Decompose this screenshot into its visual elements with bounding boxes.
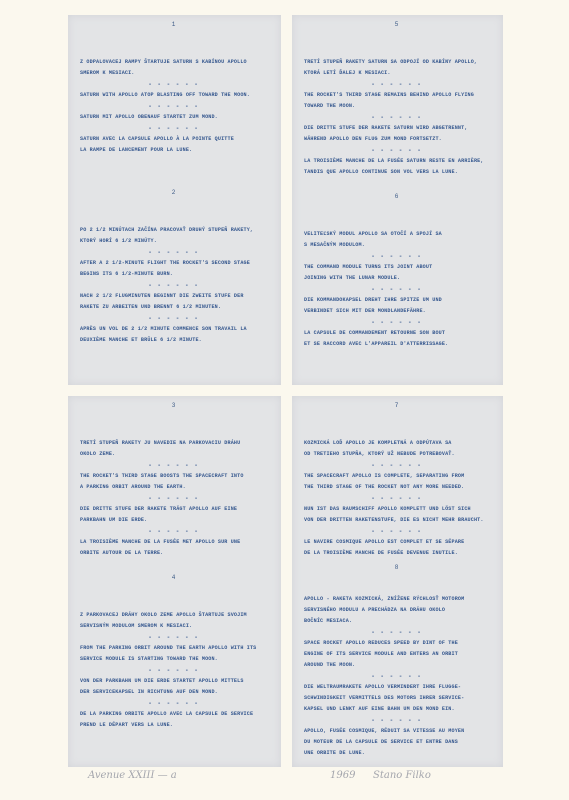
edition-inscription: Avenue XXIII — a — [88, 770, 177, 781]
section-number: 4 — [80, 574, 267, 584]
text-block-slovak: Tretí stupeň rakety ju navedie na parkov… — [80, 438, 267, 460]
separator: - - - - - - — [80, 665, 267, 676]
text-block-german: Die Kommandokapsel dreht ihre Spitze um … — [304, 295, 489, 317]
separator: - - - - - - — [304, 145, 489, 156]
text-block-slovak: Veliteľský modul Apollo sa otočí a spojí… — [304, 229, 489, 251]
separator: - - - - - - — [80, 313, 267, 324]
separator: - - - - - - — [304, 317, 489, 328]
text-block-german: Die dritte Stufe der Rakete trägt Apollo… — [80, 504, 267, 526]
separator: - - - - - - — [304, 112, 489, 123]
text-block-french: Le navire cosmique Apollo est complet et… — [304, 537, 489, 559]
separator: - - - - - - — [304, 627, 489, 638]
text-block-english: From the parking orbit around the earth … — [80, 643, 267, 665]
section-7: 7 Kozmická loď Apollo je kompletná a odp… — [292, 396, 503, 561]
section-6: 6 Veliteľský modul Apollo sa otočí a spo… — [292, 187, 503, 383]
text-block-slovak: Z odpalovacej rampy štartuje Saturn s ka… — [80, 57, 267, 79]
separator: - - - - - - — [304, 460, 489, 471]
separator: - - - - - - — [304, 526, 489, 537]
section-4: 4 Z parkovacej dráhy okolo Zeme Apollo š… — [68, 568, 281, 765]
separator: - - - - - - — [80, 460, 267, 471]
text-block-french: Apollo, fusée cosmique, réduit sa vitess… — [304, 726, 489, 759]
section-3: 3 Tretí stupeň rakety ju navedie na park… — [68, 396, 281, 566]
separator: - - - - - - — [80, 493, 267, 504]
section-5: 5 Tretí stupeň rakety Saturn sa odpojí o… — [292, 15, 503, 185]
separator: - - - - - - — [304, 715, 489, 726]
separator: - - - - - - — [304, 284, 489, 295]
text-block-french: Après un vol de 2 1/2 minute commence so… — [80, 324, 267, 346]
text-block-french: La capsule de commandement retourne son … — [304, 328, 489, 350]
section-number: 7 — [304, 402, 489, 412]
separator: - - - - - - — [80, 123, 267, 134]
text-block-slovak: Apollo - raketa kozmická, znížene rýchlo… — [304, 594, 489, 627]
text-block-slovak: Po 2 1/2 minútach začína pracovať druhý … — [80, 225, 267, 247]
separator: - - - - - - — [304, 79, 489, 90]
separator: - - - - - - — [304, 251, 489, 262]
section-8: 8 Apollo - raketa kozmická, znížene rých… — [292, 558, 503, 765]
section-number: 6 — [304, 193, 489, 203]
text-block-german: Die dritte Stufe der Rakete Saturn wird … — [304, 123, 489, 145]
text-block-english: The rocket's third stage remains behind … — [304, 90, 489, 112]
text-block-french: La troisième manche de la fusée met Apol… — [80, 537, 267, 559]
text-block-german: Von der Parkbahn um die Erde startet Apo… — [80, 676, 267, 698]
section-number: 3 — [80, 402, 267, 412]
year-inscription: 1969 — [330, 770, 355, 781]
text-block-english: The command module turns its joint about… — [304, 262, 489, 284]
text-block-english: Space rocket Apollo reduces speed by din… — [304, 638, 489, 671]
separator: - - - - - - — [304, 493, 489, 504]
text-block-english: After a 2 1/2-minute flight the rocket's… — [80, 258, 267, 280]
text-block-french: La troisième manche de la fusée Saturn r… — [304, 156, 489, 178]
section-number: 5 — [304, 21, 489, 31]
text-block-english: The spacecraft Apollo is complete, separ… — [304, 471, 489, 493]
text-block-german: Saturn mit Apollo obenauf startet zum Mo… — [80, 112, 267, 123]
separator: - - - - - - — [80, 79, 267, 90]
separator: - - - - - - — [80, 247, 267, 258]
separator: - - - - - - — [80, 526, 267, 537]
section-number: 1 — [80, 21, 267, 31]
separator: - - - - - - — [80, 101, 267, 112]
artist-signature: Stano Filko — [373, 770, 431, 781]
panel-top-right: 5 Tretí stupeň rakety Saturn sa odpojí o… — [292, 15, 503, 385]
text-block-slovak: Kozmická loď Apollo je kompletná a odpút… — [304, 438, 489, 460]
panel-bottom-right: 7 Kozmická loď Apollo je kompletná a odp… — [292, 396, 503, 767]
text-block-german: Die Weltraumrakete Apollo vermindert ihr… — [304, 682, 489, 715]
section-2: 2 Po 2 1/2 minútach začína pracovať druh… — [68, 183, 281, 383]
text-block-german: Nun ist das Raumschiff Apollo komplett u… — [304, 504, 489, 526]
text-block-slovak: Tretí stupeň rakety Saturn sa odpojí od … — [304, 57, 489, 79]
section-number: 8 — [304, 564, 489, 574]
text-block-slovak: Z parkovacej dráhy okolo Zeme Apollo šta… — [80, 610, 267, 632]
separator: - - - - - - — [80, 280, 267, 291]
text-block-english: The rocket's third stage boosts the spac… — [80, 471, 267, 493]
text-block-german: Nach 2 1/2 Flugminuten beginnt die zweit… — [80, 291, 267, 313]
text-block-french: De la parking orbite Apollo avec la caps… — [80, 709, 267, 731]
text-block-french: Saturn avec la capsule Apollo à la point… — [80, 134, 267, 156]
panel-bottom-left: 3 Tretí stupeň rakety ju navedie na park… — [68, 396, 281, 767]
panel-top-left: 1 Z odpalovacej rampy štartuje Saturn s … — [68, 15, 281, 385]
section-1: 1 Z odpalovacej rampy štartuje Saturn s … — [68, 15, 281, 185]
text-block-english: Saturn with Apollo atop blasting off tow… — [80, 90, 267, 101]
separator: - - - - - - — [80, 632, 267, 643]
separator: - - - - - - — [304, 671, 489, 682]
section-number: 2 — [80, 189, 267, 199]
separator: - - - - - - — [80, 698, 267, 709]
